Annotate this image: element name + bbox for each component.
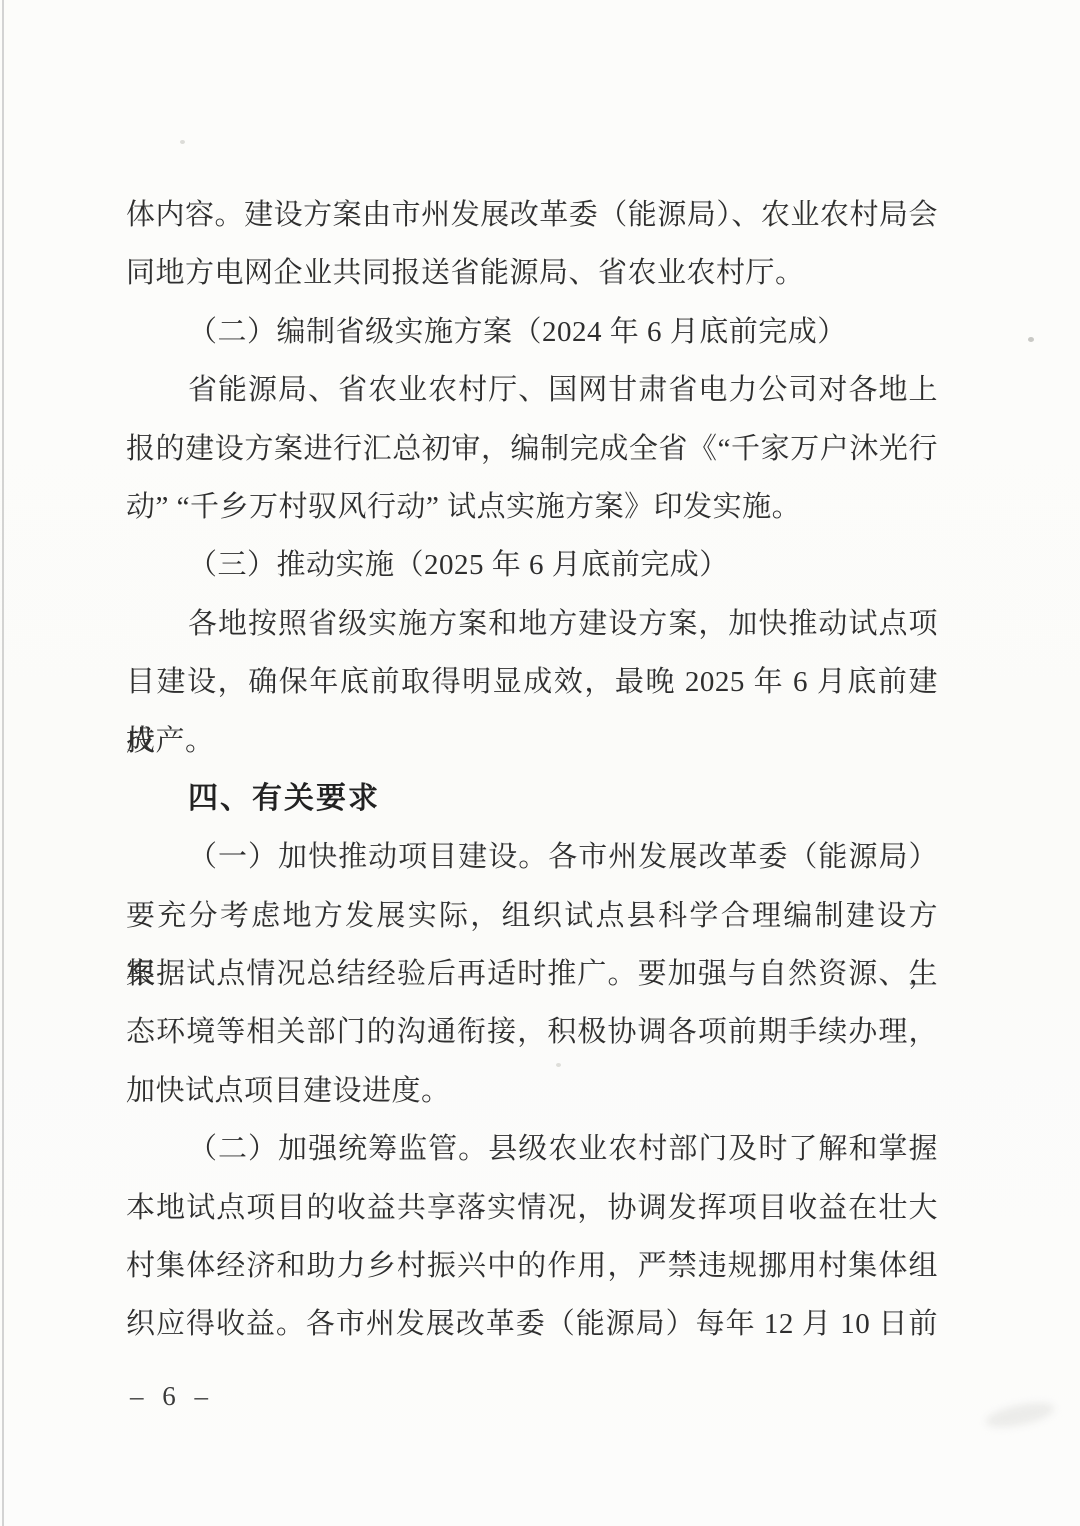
section-heading: 四、有关要求 xyxy=(126,770,938,828)
body-line: 根据试点情况总结经验后再适时推广。要加强与自然资源、生 xyxy=(126,945,938,1003)
body-line: 动” “千乡万村驭风行动” 试点实施方案》印发实施。 xyxy=(126,478,938,536)
body-line: 省能源局、省农业农村厅、国网甘肃省电力公司对各地上 xyxy=(126,361,938,419)
body-line: 加快试点项目建设进度。 xyxy=(126,1062,938,1120)
subheading-line: （二）编制省级实施方案（2024 年 6 月底前完成） xyxy=(126,303,938,361)
body-line: 要充分考虑地方发展实际，组织试点县科学合理编制建设方案， xyxy=(126,887,938,945)
subheading-line: （三）推动实施（2025 年 6 月底前完成） xyxy=(126,536,938,594)
body-line: 织应得收益。各市州发展改革委（能源局）每年 12 月 10 日前 xyxy=(126,1295,938,1353)
scan-edge-line xyxy=(2,0,4,1526)
body-line: 本地试点项目的收益共享落实情况，协调发挥项目收益在壮大 xyxy=(126,1179,938,1237)
scan-speck xyxy=(556,1063,561,1067)
page-number: – 6 – xyxy=(130,1381,214,1412)
scan-speck xyxy=(180,140,185,144)
body-line: 各地按照省级实施方案和地方建设方案，加快推动试点项 xyxy=(126,595,938,653)
body-line: （一）加快推动项目建设。各市州发展改革委（能源局） xyxy=(126,828,938,886)
body-line: 报的建设方案进行汇总初审，编制完成全省《“千家万户沐光行 xyxy=(126,420,938,478)
body-line: 目建设，确保年底前取得明显成效，最晚 2025 年 6 月底前建成 xyxy=(126,653,938,711)
body-line: 同地方电网企业共同报送省能源局、省农业农村厅。 xyxy=(126,244,938,302)
scan-smudge xyxy=(984,1398,1057,1432)
body-line: 村集体经济和助力乡村振兴中的作用，严禁违规挪用村集体组 xyxy=(126,1237,938,1295)
document-body: 体内容。建设方案由市州发展改革委（能源局）、农业农村局会 同地方电网企业共同报送… xyxy=(126,186,938,1354)
body-line: （二）加强统筹监管。县级农业农村部门及时了解和掌握 xyxy=(126,1120,938,1178)
scanned-document-page: 体内容。建设方案由市州发展改革委（能源局）、农业农村局会 同地方电网企业共同报送… xyxy=(0,0,1080,1526)
body-line: 投产。 xyxy=(126,712,938,770)
scan-speck xyxy=(1028,337,1034,342)
body-line: 体内容。建设方案由市州发展改革委（能源局）、农业农村局会 xyxy=(126,186,938,244)
body-line: 态环境等相关部门的沟通衔接，积极协调各项前期手续办理， xyxy=(126,1003,938,1061)
